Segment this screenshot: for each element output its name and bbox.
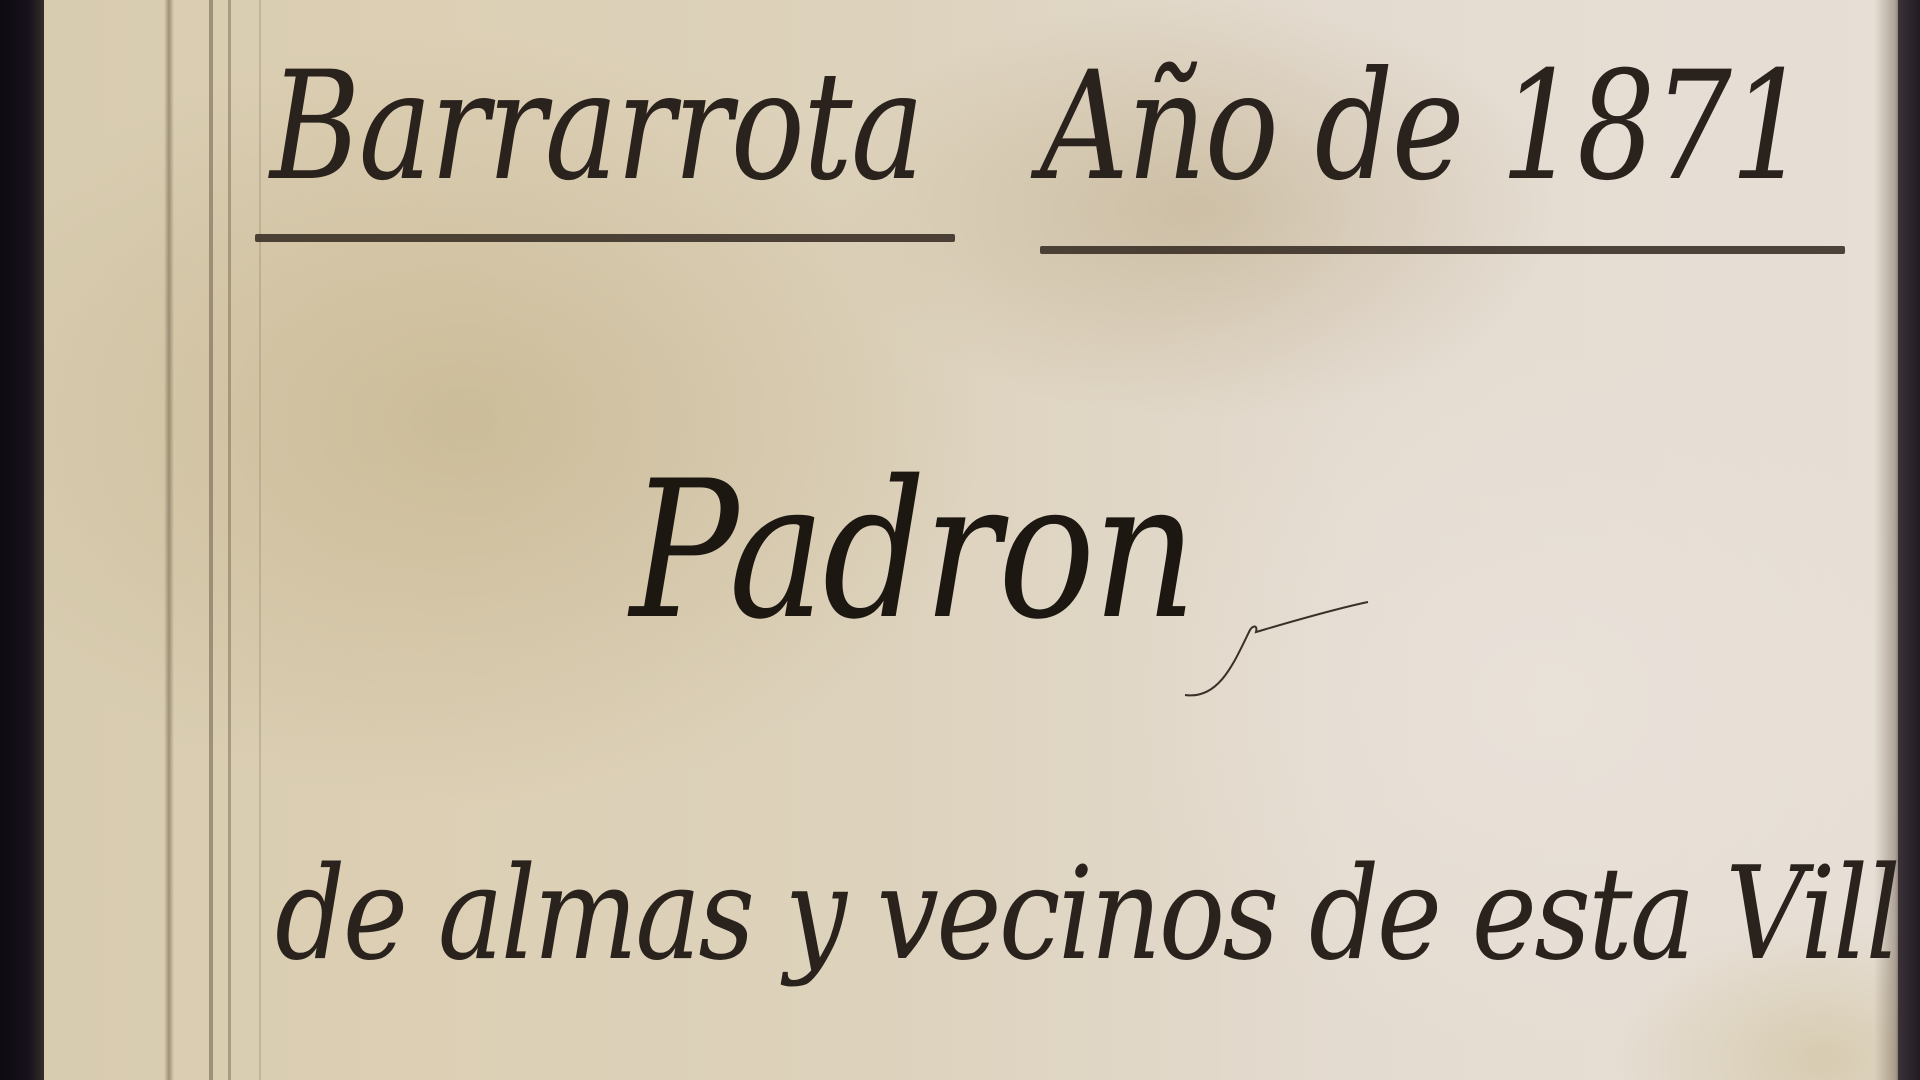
document-scan: Barrarrota Año de 1871 Padron de almas y… [0,0,1920,1080]
document-subtitle: de almas y vecinos de esta Villa. [275,840,1920,989]
document-title: Padron [630,440,1194,661]
pen-flourish-icon [1180,600,1370,710]
heading-underline-left [255,234,955,242]
year-label: Año de 1871 [1040,40,1807,214]
heading-underline-right [1040,246,1845,254]
binding-edge-right [1898,0,1920,1080]
place-name: Barrarrota [270,40,923,214]
